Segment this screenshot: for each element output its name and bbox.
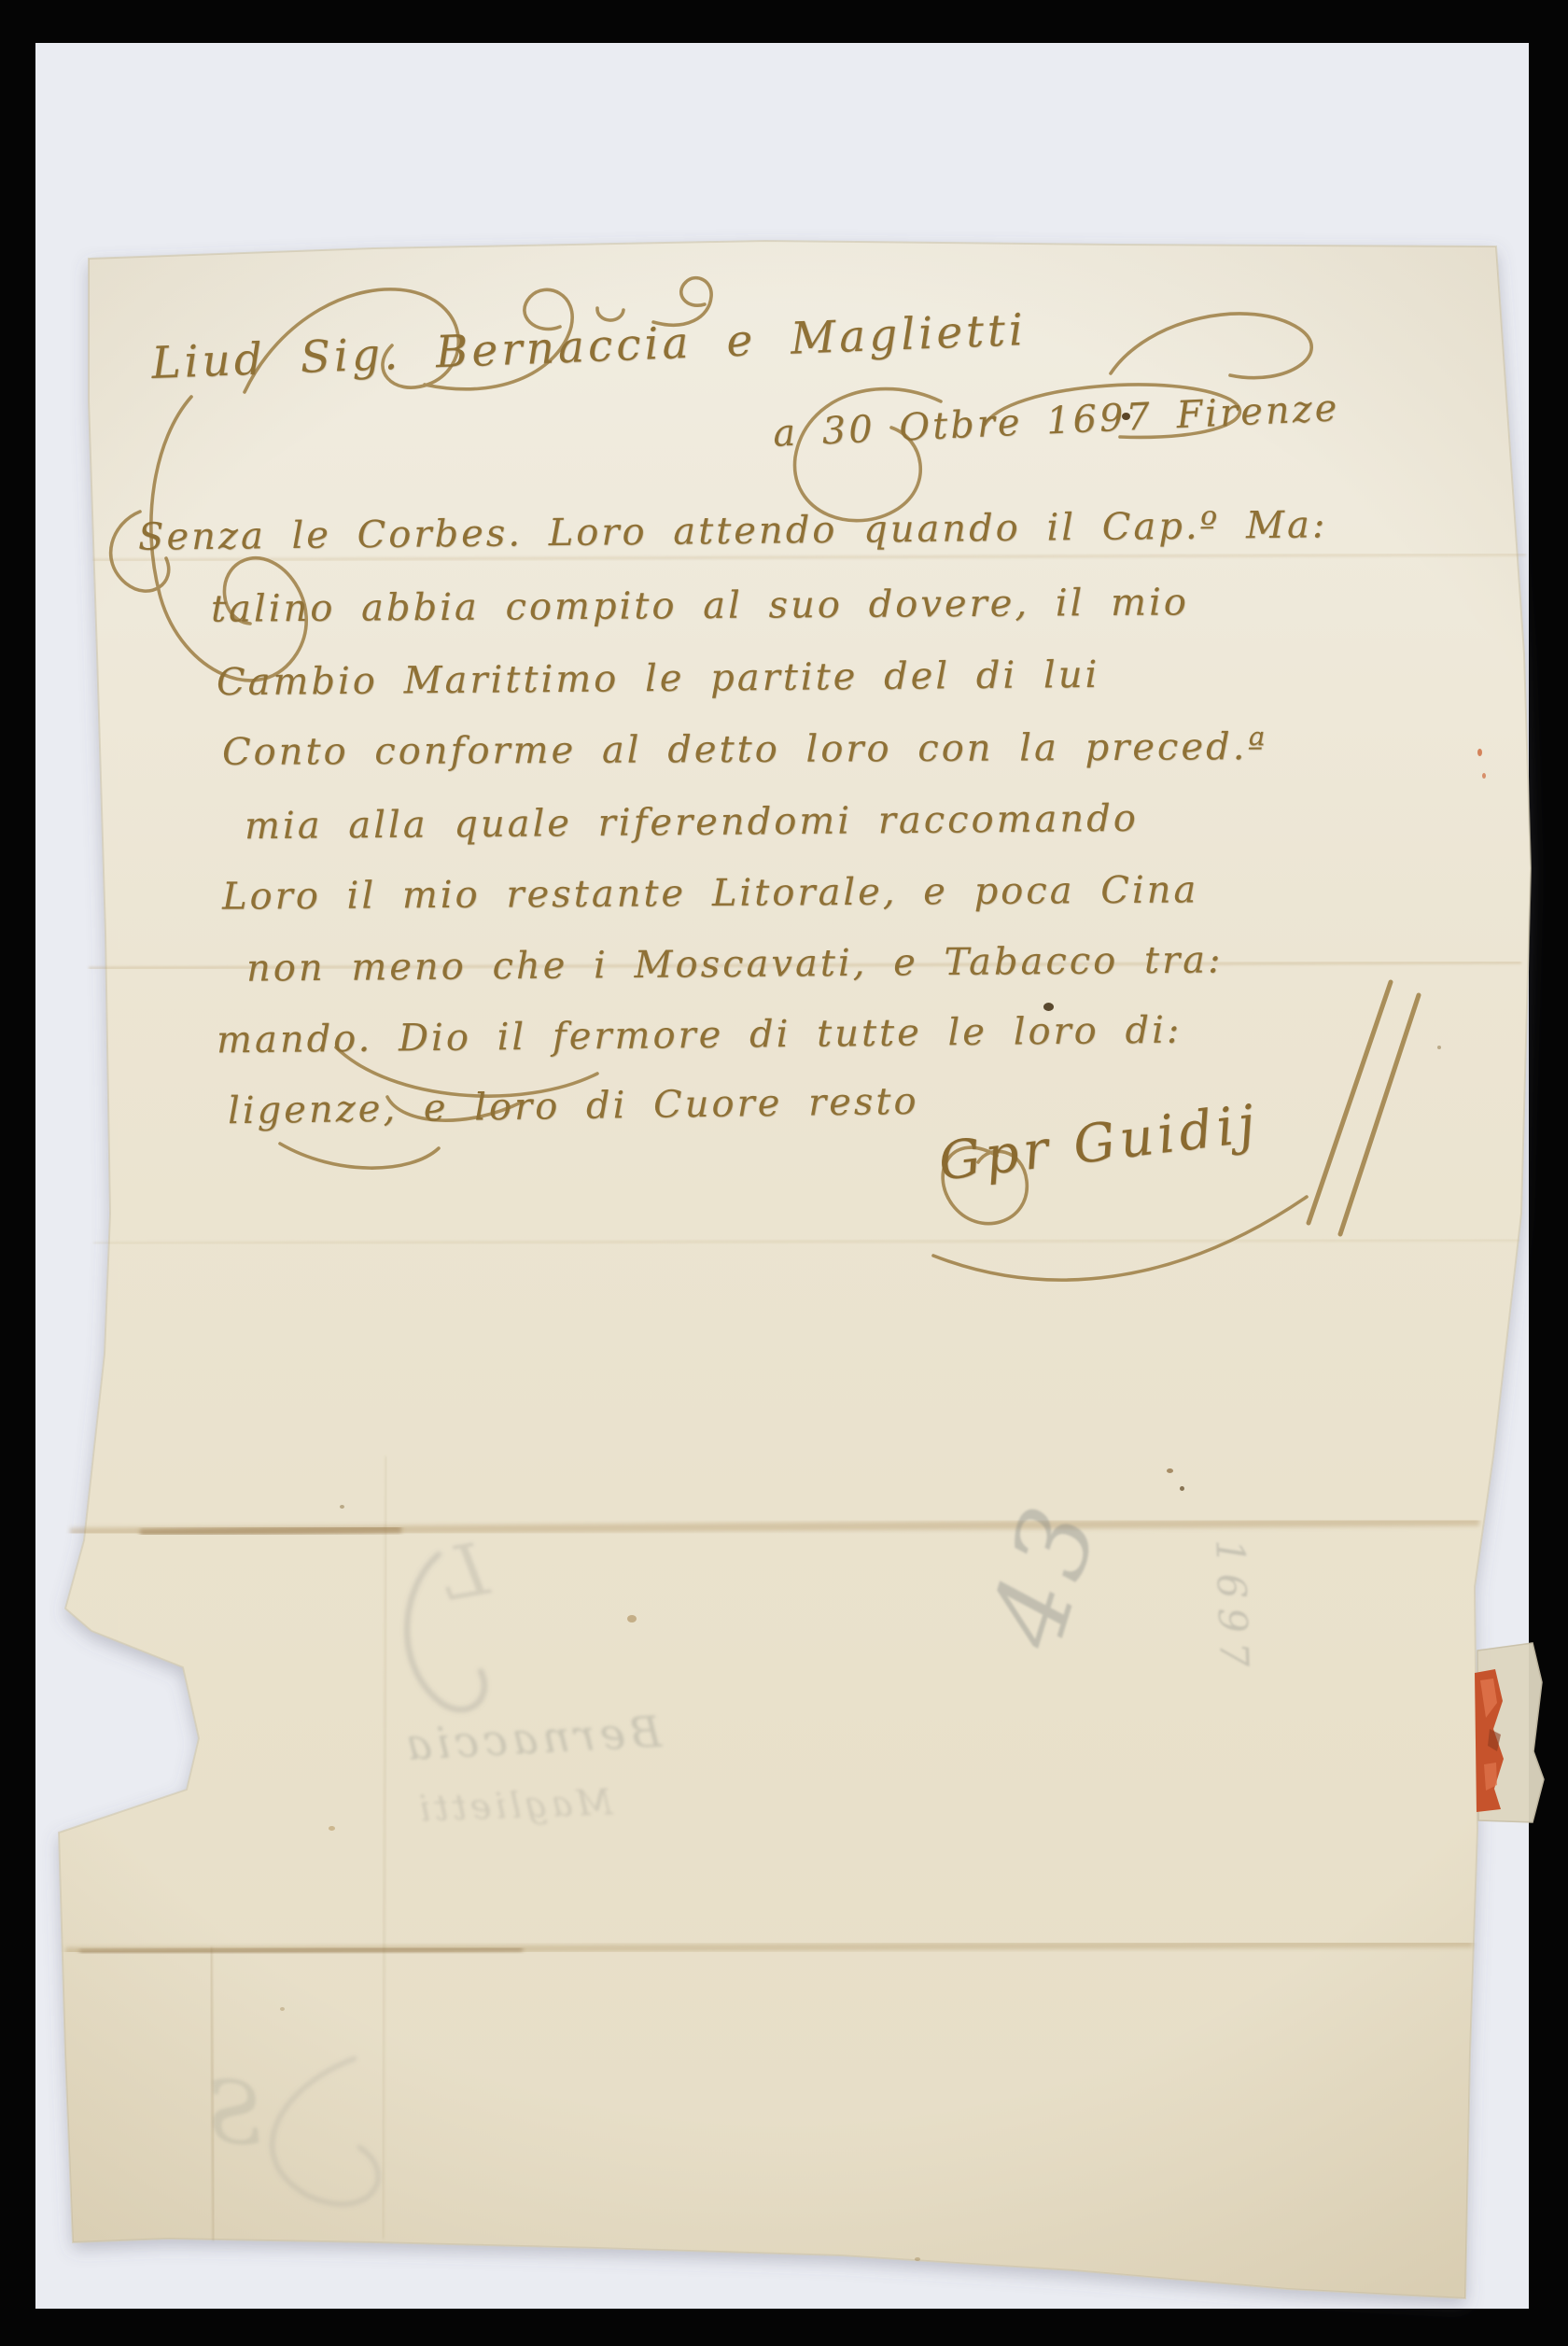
stain-speck — [329, 1826, 335, 1831]
seal-residue-speck — [1482, 773, 1486, 779]
stain-speck — [1167, 1468, 1173, 1473]
ink-blot — [1043, 1003, 1054, 1011]
letter-body-line: Loro il mio restante Litorale, e poca Ci… — [222, 868, 1199, 918]
stain-speck — [915, 2257, 920, 2261]
letter-body-line: Cambio Marittimo le partite del di lui — [217, 653, 1100, 704]
stain-speck — [627, 1615, 637, 1623]
stain-speck — [340, 1505, 344, 1509]
showthrough-scribble: S — [201, 2060, 270, 2166]
stain-speck — [280, 2007, 285, 2011]
letter-body-line: Conto conforme al detto loro con la prec… — [222, 725, 1268, 774]
photograph-of-letter: L Bernaccia Maglietti S 43 1697 Liud Sig… — [0, 0, 1568, 2346]
letter-body-line: non meno che i Moscavati, e Tabacco tra: — [246, 938, 1224, 990]
margin-pencil-scribble: 1697 — [1207, 1538, 1257, 1678]
seal-residue-speck — [1477, 749, 1482, 756]
showthrough-scribble: Maglietti — [414, 1781, 613, 1829]
letter-body-line: talino abbia compito al suo dovere, il m… — [211, 581, 1189, 630]
stain-speck — [1180, 1486, 1184, 1491]
letter-body-line: mia alla quale riferendomi raccomando — [245, 797, 1139, 848]
ink-blot — [1122, 413, 1130, 420]
stain-speck — [1437, 1046, 1441, 1049]
